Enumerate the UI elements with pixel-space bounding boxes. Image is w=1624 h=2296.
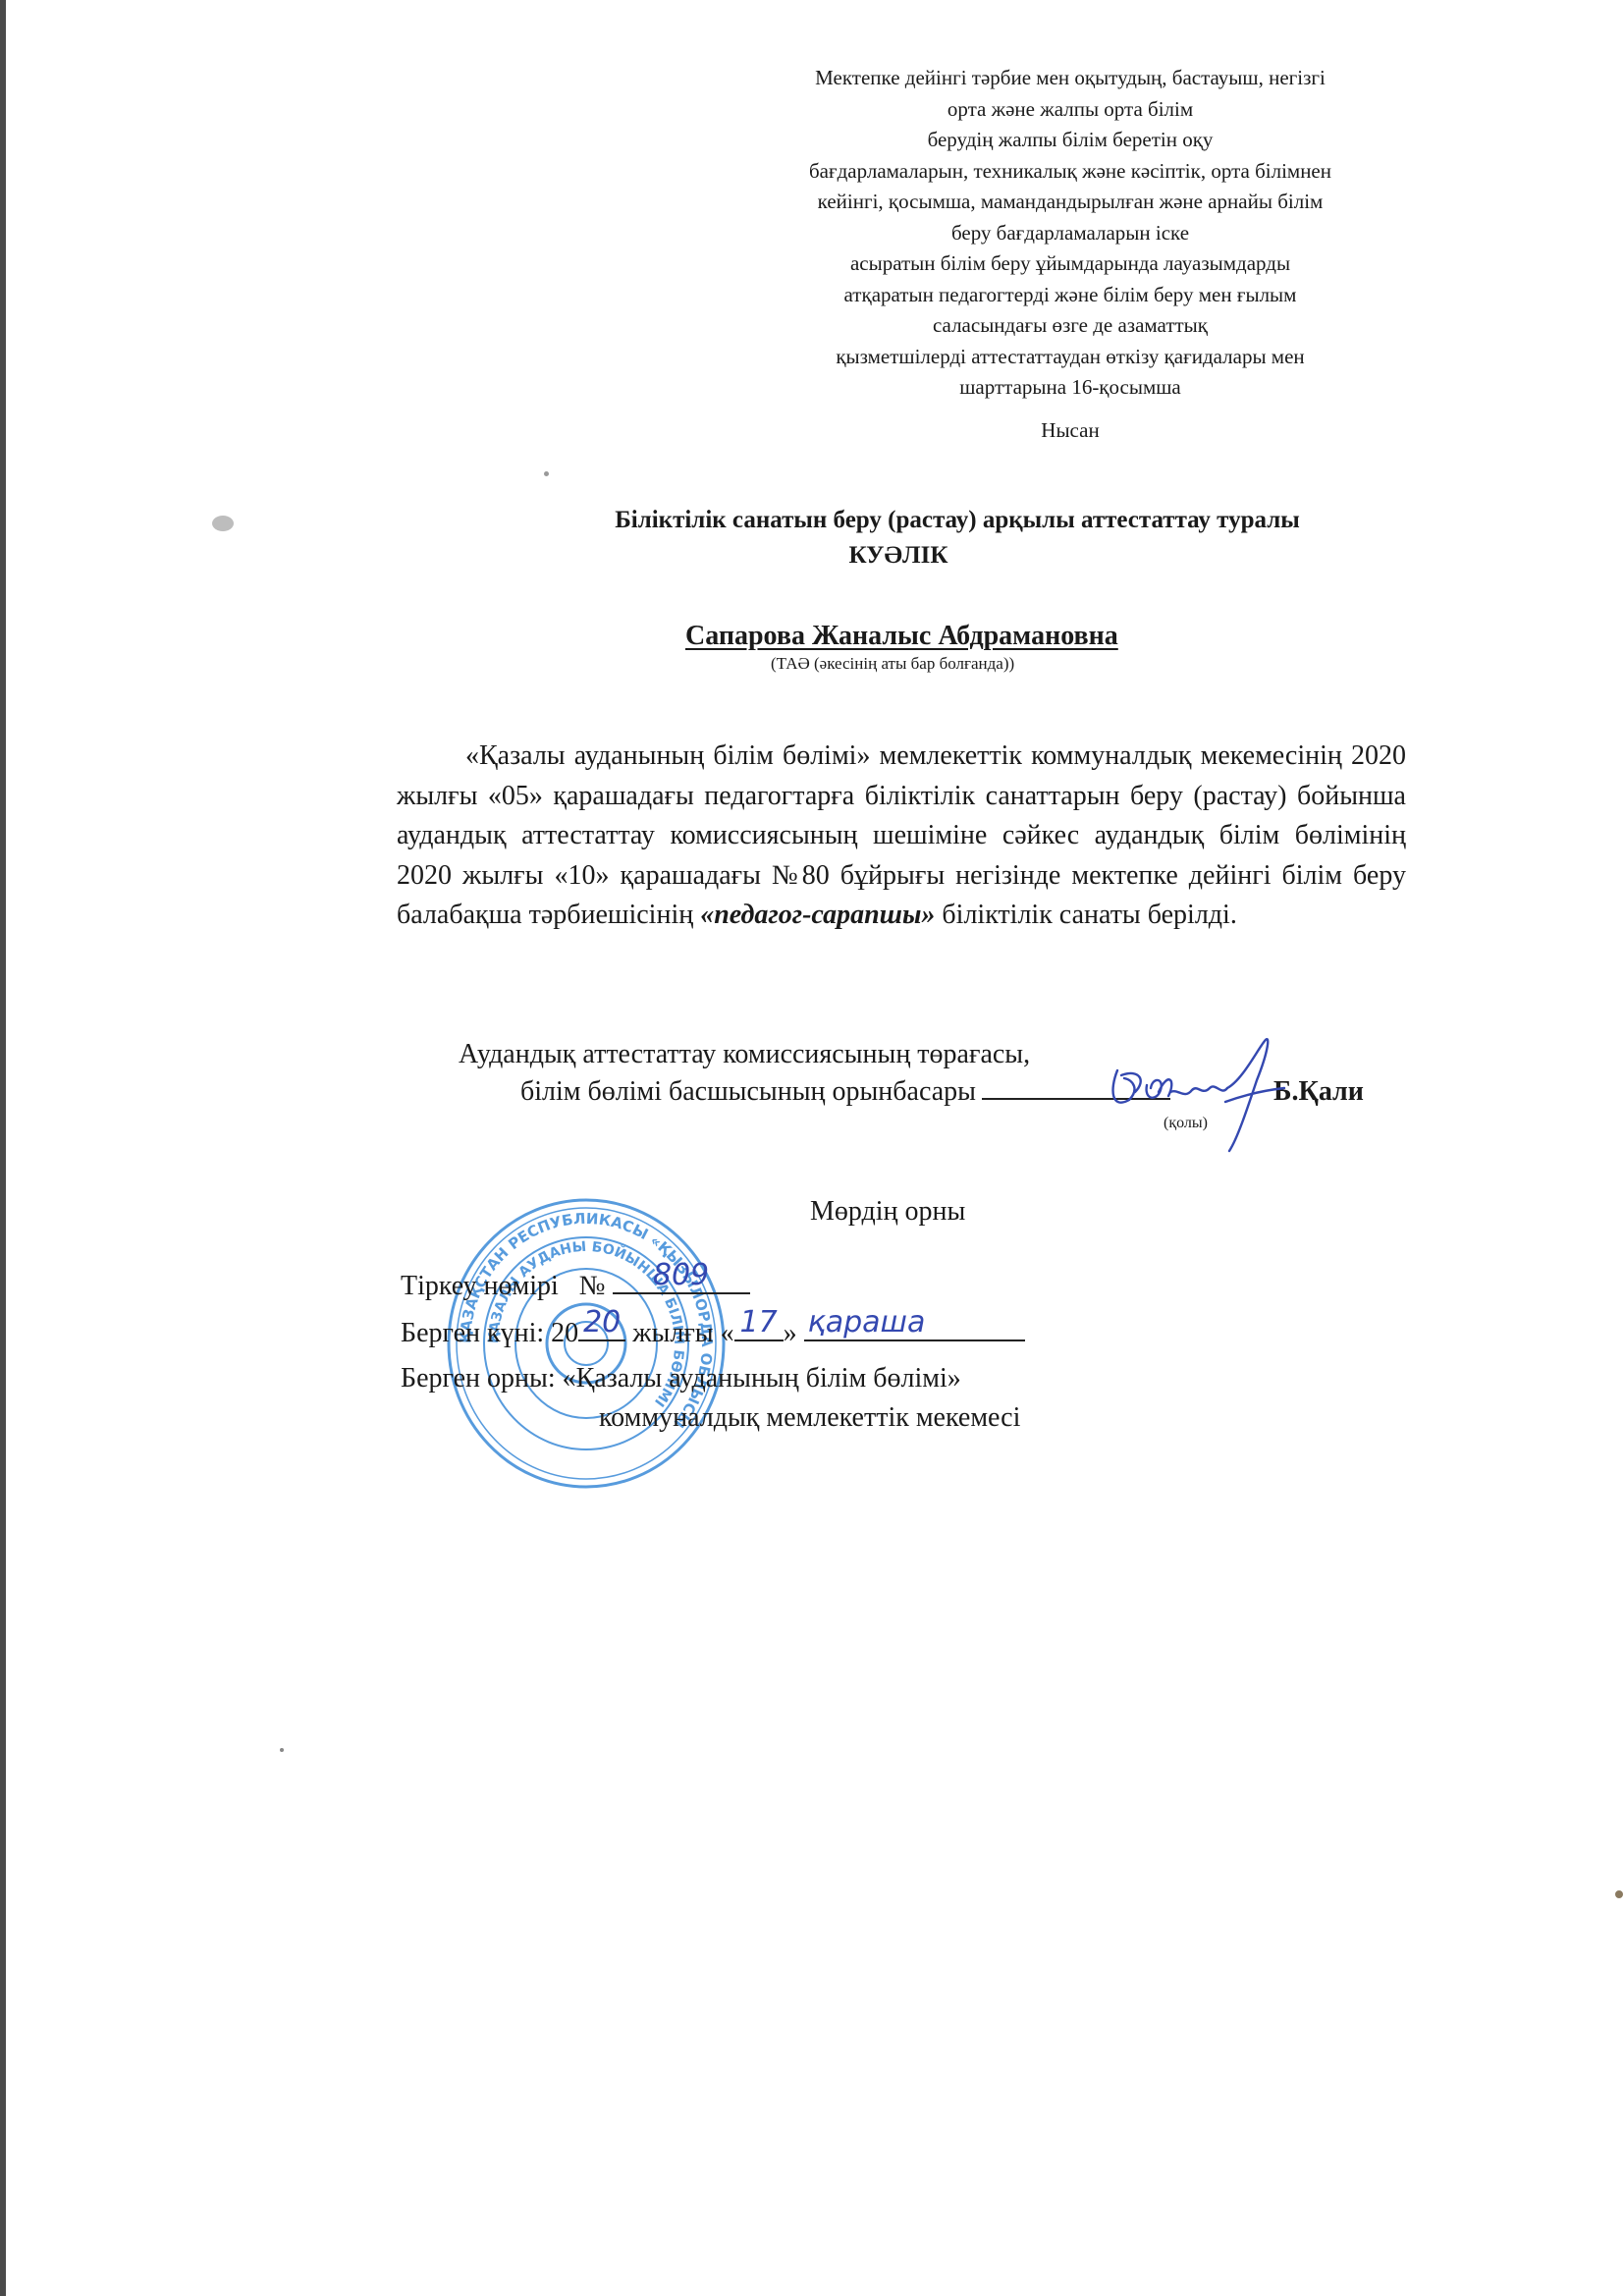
signer-position-line-1: Аудандық аттестаттау комиссиясының төрағ… [459,1039,1030,1070]
header-line: атқаратын педагогтерді және білім беру м… [727,280,1414,311]
issue-day-field: 17 [734,1316,784,1341]
registration-number-label: Тіркеу нөмірі [401,1271,559,1301]
qualification-category: «педагог-сарапшы» [700,900,935,930]
registration-number-value: 809 [613,1261,750,1290]
registration-number: Тіркеу нөмірі № 809 [401,1269,750,1302]
scan-speck [1615,1890,1623,1898]
header-line: орта және жалпы орта білім [727,94,1414,126]
form-label: Нысан [727,415,1414,447]
header-line: Мектепке дейінгі тәрбие мен оқытудың, ба… [727,63,1414,94]
issue-date-label: Берген күні: 20 [401,1318,578,1348]
stamp-place-label: Мөрдің орны [810,1196,965,1228]
handwritten-signature-icon [1100,1031,1296,1159]
scan-speck [212,516,234,531]
recipient-name-caption: (ТАӘ (әкесінің аты бар болғанда)) [771,654,1014,674]
document-title: Біліктілік санатын беру (растау) арқылы … [393,503,1404,574]
issue-date: Берген күні: 2020 жылғы «17» қараша [401,1316,1025,1349]
issue-month-field: қараша [804,1316,1025,1341]
issue-place: Берген орны: «Қазалы ауданының білім бөл… [401,1363,961,1394]
header-line: асыратын білім беру ұйымдарында лауазымд… [727,248,1414,280]
body-text-end: біліктілік санаты берілді. [935,900,1236,930]
issue-day-value: 17 [734,1308,784,1338]
title-line-1: Біліктілік санатын беру (растау) арқылы … [393,503,1404,538]
header-line: саласындағы өзге де азаматтық [727,310,1414,342]
scan-speck [280,1748,284,1752]
issue-year-field: 20 [578,1316,625,1341]
header-line: беру бағдарламаларын іске [727,218,1414,249]
header-line: қызметшілерді аттестаттаудан өткізу қағи… [727,342,1414,373]
header-line: кейінгі, қосымша, мамандандырылған және … [727,187,1414,218]
number-sign: № [579,1271,606,1301]
title-line-2: КУӘЛІК [393,538,1404,574]
header-line: бағдарламаларын, техникалық және кәсіпті… [727,156,1414,188]
signer-position-text: білім бөлімі басшысының орынбасары [520,1076,976,1107]
issue-month-value: қараша [804,1308,1025,1338]
signer-position-line-2: білім бөлімі басшысының орынбасары [520,1076,1170,1108]
registration-number-field: 809 [613,1269,750,1294]
issue-place-line-2: коммуналдық мемлекеттік мекемесі [599,1402,1020,1434]
certificate-body: «Қазалы ауданының білім бөлімі» мемлекет… [397,737,1406,936]
scan-speck [544,471,549,476]
appendix-header: Мектепке дейінгі тәрбие мен оқытудың, ба… [727,63,1414,446]
scan-edge [0,0,6,2296]
recipient-name: Сапарова Жаналыс Абдрамановна [685,621,1118,652]
quote-close: » [784,1318,797,1348]
header-line: шарттарына 16-қосымша [727,372,1414,404]
year-word: жылғы « [632,1318,733,1348]
header-line: берудің жалпы білім беретін оқу [727,125,1414,156]
issue-year-value: 20 [578,1308,625,1338]
